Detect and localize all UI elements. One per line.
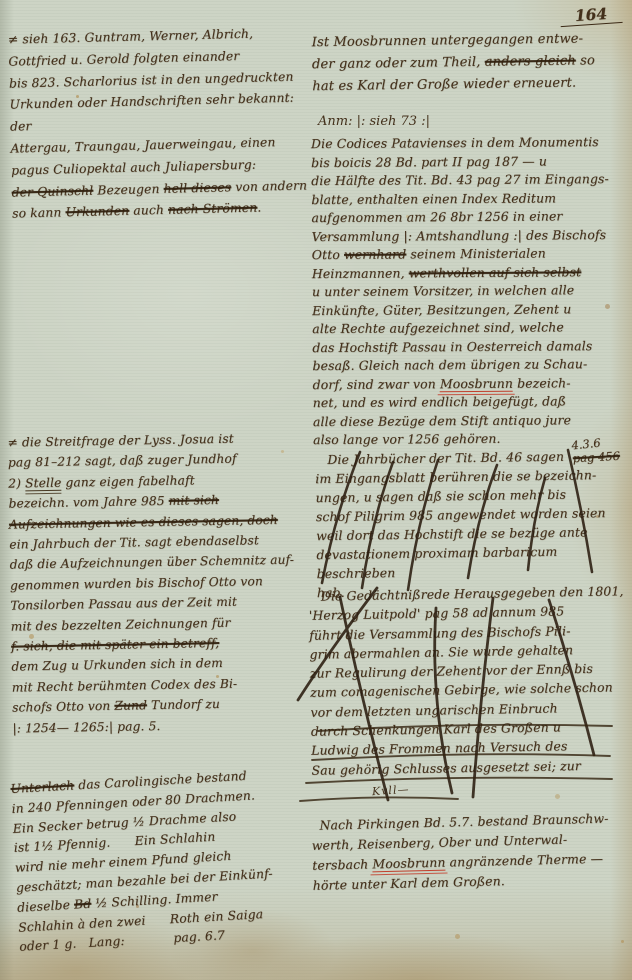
handwritten-line: alle diese Bezüge dem Stift antiquo jure [313,410,629,431]
index-reditum-paragraph: Die Codices Patavienses in dem Monumenti… [311,133,629,450]
handwritten-line: blatte, enthalten einen Index Reditum [311,188,627,209]
handwritten-line: Versammlung |: Amtshandlung :| des Bisch… [312,225,628,246]
handwritten-line: Einkünfte, Güter, Besitzungen, Zehent u [312,299,628,320]
handwritten-line: Heinzmannen, werthvollen auf sich selbst [312,262,628,283]
closing-paragraph: Nach Pirkingen Bd. 5.7. bestand Braunsch… [311,808,629,896]
struck-text: Aufzeichnungen wie es dieses sagen, doch [9,513,278,532]
handwritten-line: der ganz oder zum Theil, anders gleich s… [312,50,626,76]
struck-text: Bd [74,896,92,911]
struck-text: nach Strömen [168,201,258,217]
struck-text: werthvollen auf sich selbst [409,264,582,280]
left-note-top: ≠ sieh 163. Guntram, Werner, Albrich,Got… [8,22,309,225]
handwritten-line: die Hälfte des Tit. Bd. 43 pag 27 im Ein… [311,170,627,191]
struck-text: anders gleich [485,54,576,70]
struck-text: f. sich, die mit später ein betreff, [11,636,219,654]
caret-mark: Kvll— [372,783,410,799]
struck-text: Unterlach [10,778,74,796]
anm-heading: Anm: |: sieh 73 :| [318,112,518,132]
right-intro-paragraph: Ist Moosbrunnen untergegangen entwe-der … [312,28,627,98]
struck-text: mit sich [169,493,220,508]
handwritten-line: |: 1254— 1265:| pag. 5. [12,713,310,739]
manuscript-page: 164 ≠ sieh 163. Guntram, Werner, Albrich… [0,0,632,980]
handwritten-line: besaß. Gleich nach dem übrigen zu Schau- [312,355,628,376]
handwritten-line: das Hochstift Passau in Oesterreich dama… [312,336,628,357]
handwritten-line: devastationem proximam barbaricum beschr… [316,541,629,583]
handwritten-line: Otto wernhard seinem Ministerialen [312,244,628,265]
handwritten-line: u unter seinem Vorsitzer, in welchen all… [312,281,628,302]
red-underlined-text: Moosbrunn [440,375,513,392]
struck-text: Urkunden [65,204,129,220]
struck-text: hell dieses [163,180,231,196]
handwritten-line: bis boicis 28 Bd. part II pag 187 — u [311,151,627,172]
handwritten-line: dorf, sind zwar von Moosbrunn bezeich- [313,373,629,394]
handwritten-line: alte Rechte aufgezeichnet sind, welche [312,318,628,339]
struck-text: der Quinschl [11,183,93,199]
left-note-bottom: Unterlach das Carolingische bestandin 24… [10,763,319,958]
handwritten-line: net, und es wird endlich beigefügt, daß [313,392,629,413]
handwritten-line: aufgenommen am 26 8br 1256 in einer [311,207,627,228]
handwritten-line: hat es Karl der Große wieder erneuert. [312,72,626,98]
page-number: 164 [559,3,622,27]
memorial-speech-paragraph: Die Gedächtnißrede Herausgegeben den 180… [308,581,629,779]
handwritten-line: Die Codices Patavienses in dem Monumenti… [311,133,627,154]
struck-text: Zund [114,699,147,714]
ink-underlined-text: Stelle [25,476,62,492]
red-underlined-text: Moosbrunn [372,855,445,873]
crossed-out-paragraph: Die Jahrbücher der Tit. Bd. 46 sagenim E… [315,446,629,602]
struck-text: wernhard [344,246,406,261]
handwritten-line: Urkunden oder Handschriften sehr bekannt… [9,88,306,139]
left-note-middle: ≠ die Streitfrage der Lyss. Josua istpag… [7,427,310,738]
